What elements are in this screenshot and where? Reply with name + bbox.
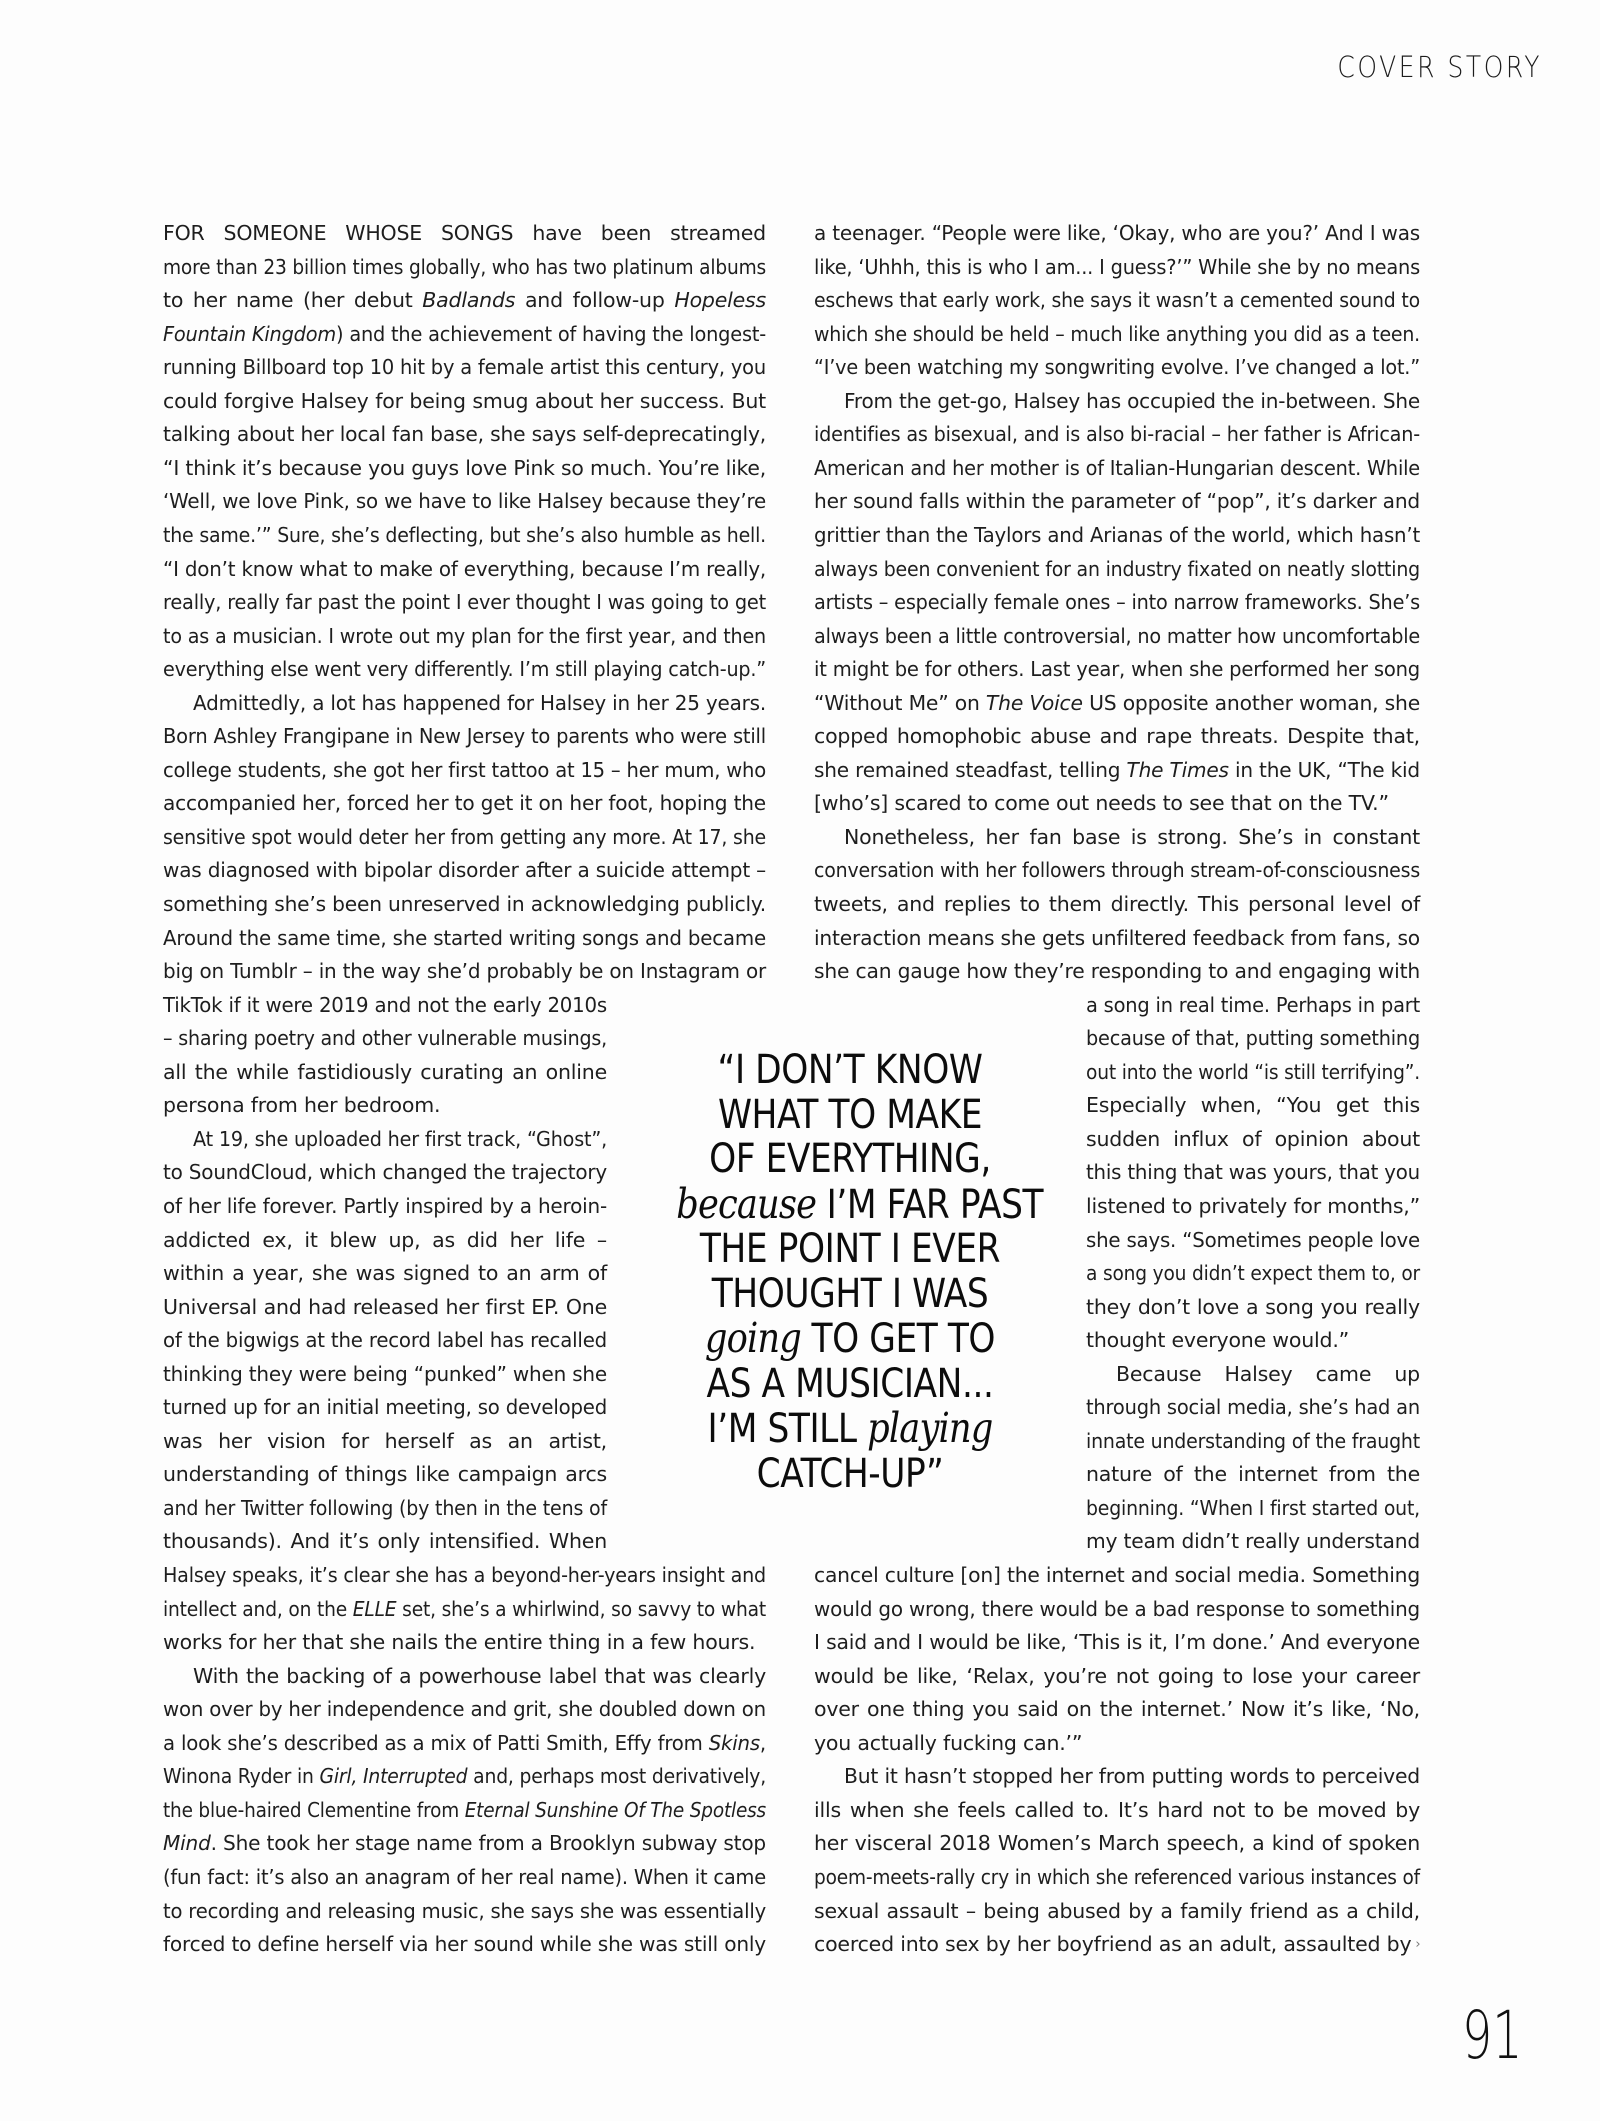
text-run: was diagnosed with bipolar disorder afte… [163,858,766,882]
pull-quote-text: I’M FAR PAST [816,1182,1043,1228]
text-run: would go wrong, there would be a bad res… [814,1597,1420,1621]
text-run: works for her that she nails the entire … [163,1630,755,1654]
text-run: she remained steadfast, telling [814,758,1127,782]
text-run: thought everyone would.” [1086,1328,1349,1352]
text-line: her sound falls within the parameter of … [814,484,1420,518]
text-run: talking about her local fan base, she sa… [163,422,766,446]
text-run: “Without Me” on [814,691,986,715]
text-line: through social media, she’s had an [1086,1390,1420,1424]
text-run: turned up for an initial meeting, so dev… [163,1395,607,1419]
text-run: within a year, she was signed to an arm … [163,1261,607,1285]
text-line: always been a little controversial, no m… [814,619,1420,653]
text-run: to her name (her debut [163,288,422,312]
text-line: “I’ve been watching my songwriting evolv… [814,350,1420,384]
text-line: But it hasn’t stopped her from putting w… [844,1759,1420,1793]
text-line: forced to define herself via her sound w… [163,1927,766,1961]
text-line: thought everyone would.” [1086,1323,1420,1357]
pull-quote-line: I’M STILL playing [676,1406,1023,1452]
text-line: more than 23 billion times globally, who… [163,250,766,284]
text-run: addicted ex, it blew up, as did her life… [163,1228,607,1252]
text-line: my team didn’t really understand [1086,1524,1420,1558]
text-run: ills when she feels called to. It’s hard… [814,1798,1420,1822]
text-run: she says. “Sometimes people love [1086,1228,1420,1252]
text-line: American and her mother is of Italian-Hu… [814,451,1420,485]
text-run: FOR SOMEONE WHOSE SONGS have been stream… [163,221,766,245]
pull-quote-text: I’M STILL [707,1406,867,1452]
text-run: Especially when, “You get this [1086,1093,1420,1117]
pull-quote-line: WHAT TO MAKE [676,1093,1023,1138]
text-line: Admittedly, a lot has happened for Halse… [193,686,766,720]
text-line: innate understanding of the fraught [1086,1424,1420,1458]
text-line: sudden influx of opinion about [1086,1122,1420,1156]
text-run: Halsey speaks, it’s clear she has a beyo… [163,1563,766,1587]
text-line: “I don’t know what to make of everything… [163,552,766,586]
italic-title: Skins [709,1731,760,1755]
italic-title: Hopeless [674,288,766,312]
text-run: poem-meets-rally cry in which she refere… [814,1865,1420,1889]
text-line: she can gauge how they’re responding to … [814,954,1420,988]
text-run: her visceral 2018 Women’s March speech, … [814,1831,1420,1855]
pull-quote-text: THE POINT I EVER [700,1226,1000,1272]
pull-quote-text: TO GET TO [801,1316,995,1362]
text-line: within a year, she was signed to an arm … [163,1256,607,1290]
text-run: all the while fastidiously curating an o… [163,1060,607,1084]
text-run: Universal and had released her first EP.… [163,1295,607,1319]
pull-quote-line: CATCH-UP” [676,1452,1023,1497]
text-line: would go wrong, there would be a bad res… [814,1592,1420,1626]
text-line: grittier than the Taylors and Arianas of… [814,518,1420,552]
text-line: ills when she feels called to. It’s hard… [814,1793,1420,1827]
text-run: listened to privately for months,” [1086,1194,1420,1218]
text-line: addicted ex, it blew up, as did her life… [163,1223,607,1257]
pull-quote-text: CATCH-UP” [757,1451,944,1497]
text-run: it might be for others. Last year, when … [814,657,1420,681]
text-run: was her vision for herself as an artist, [163,1429,607,1453]
pull-quote-line: “I DON’T KNOW [676,1048,1023,1093]
text-run: of the bigwigs at the record label has r… [163,1328,607,1352]
text-run: like, ‘Uhhh, this is who I am... I guess… [814,255,1420,279]
text-run: and follow-up [515,288,674,312]
text-line: – sharing poetry and other vulnerable mu… [163,1021,607,1055]
italic-title: Mind [163,1831,211,1855]
text-line: Fountain Kingdom) and the achievement of… [163,317,766,351]
text-line: coerced into sex by her boyfriend as an … [814,1927,1420,1961]
text-line: which she should be held – much like any… [814,317,1420,351]
text-line: I said and I would be like, ‘This is it,… [814,1625,1420,1659]
text-run: At 19, she uploaded her first track, “Gh… [193,1127,607,1151]
text-run: always been convenient for an industry f… [814,557,1420,581]
text-line: TikTok if it were 2019 and not the early… [163,988,607,1022]
text-run: (fun fact: it’s also an anagram of her r… [163,1865,766,1889]
text-run: college students, she got her first tatt… [163,758,766,782]
text-run: “I don’t know what to make of everything… [163,557,766,581]
text-line: From the get-go, Halsey has occupied the… [844,384,1420,418]
text-run: Around the same time, she started writin… [163,926,766,950]
text-run: my team didn’t really understand [1086,1529,1420,1553]
text-line: conversation with her followers through … [814,853,1420,887]
text-run: I said and I would be like, ‘This is it,… [814,1630,1420,1654]
text-run: Admittedly, a lot has happened for Halse… [193,691,766,715]
text-run: which she should be held – much like any… [814,322,1420,346]
text-line: Universal and had released her first EP.… [163,1290,607,1324]
text-run: to SoundCloud, which changed the traject… [163,1160,607,1184]
text-run: to as a musician. I wrote out my plan fo… [163,624,766,648]
italic-title: Badlands [422,288,515,312]
text-run: grittier than the Taylors and Arianas of… [814,523,1420,547]
text-run: ‘Well, we love Pink, so we have to like … [163,489,766,513]
text-line: and her Twitter following (by then in th… [163,1491,607,1525]
text-run: Nonetheless, her fan base is strong. She… [844,825,1420,849]
text-line: Especially when, “You get this [1086,1088,1420,1122]
text-line: could forgive Halsey for being smug abou… [163,384,766,418]
text-run: the same.’” Sure, she’s deflecting, but … [163,523,766,547]
text-line: would be like, ‘Relax, you’re not going … [814,1659,1420,1693]
text-line: works for her that she nails the entire … [163,1625,766,1659]
text-line: because of that, putting something [1086,1021,1420,1055]
text-run: But it hasn’t stopped her from putting w… [844,1764,1420,1788]
text-run: innate understanding of the fraught [1086,1429,1420,1453]
text-run: beginning. “When I first started out, [1086,1496,1420,1520]
text-line: understanding of things like campaign ar… [163,1457,607,1491]
text-line: everything else went very differently. I… [163,652,766,686]
text-line: intellect and, on the ELLE set, she’s a … [163,1592,766,1626]
text-line: out into the world “is still terrifying”… [1086,1055,1420,1089]
text-line: she remained steadfast, telling The Time… [814,753,1420,787]
text-line: Mind. She took her stage name from a Bro… [163,1826,766,1860]
text-line: artists – especially female ones – into … [814,585,1420,619]
text-run: she can gauge how they’re responding to … [814,959,1420,983]
text-run: because of that, putting something [1086,1026,1420,1050]
text-run: American and her mother is of Italian-Hu… [814,456,1420,480]
text-line: was diagnosed with bipolar disorder afte… [163,853,766,887]
text-run: and, perhaps most derivatively, [467,1764,766,1788]
text-run: thinking they were being “punked” when s… [163,1362,607,1386]
text-line: this thing that was yours, that you [1086,1155,1420,1189]
text-line: to recording and releasing music, she sa… [163,1894,766,1928]
text-run: through social media, she’s had an [1086,1395,1420,1419]
text-run: – sharing poetry and other vulnerable mu… [163,1026,607,1050]
text-run: a song you didn’t expect them to, or [1086,1261,1420,1285]
text-line: eschews that early work, she says it was… [814,283,1420,317]
pull-quote-line: AS A MUSICIAN... [676,1362,1023,1407]
text-line: of her life forever. Partly inspired by … [163,1189,607,1223]
italic-title: Eternal Sunshine Of The Spotless [465,1798,766,1822]
text-run: “I’ve been watching my songwriting evolv… [814,355,1420,379]
italic-title: Fountain Kingdom [163,322,336,346]
text-run: sudden influx of opinion about [1086,1127,1420,1151]
pull-quote-text: WHAT TO MAKE [718,1092,982,1138]
text-line: (fun fact: it’s also an anagram of her r… [163,1860,766,1894]
text-line: copped homophobic abuse and rape threats… [814,719,1420,753]
pull-quote-italic: playing [867,1404,992,1452]
text-line: of the bigwigs at the record label has r… [163,1323,607,1357]
text-line: sexual assault – being abused by a famil… [814,1894,1420,1928]
page-number: 91 [1462,2003,1522,2069]
text-run: more than 23 billion times globally, who… [163,255,766,279]
text-run: ) and the achievement of having the long… [336,322,766,346]
text-line: to her name (her debut Badlands and foll… [163,283,766,317]
pull-quote-italic: because [676,1180,816,1228]
text-run: copped homophobic abuse and rape threats… [814,724,1420,748]
text-run: understanding of things like campaign ar… [163,1462,607,1486]
text-line: “I think it’s because you guys love Pink… [163,451,766,485]
text-run: With the backing of a powerhouse label t… [193,1664,766,1688]
text-line: [who’s] scared to come out needs to see … [814,786,1420,820]
text-line: the blue-haired Clementine from Eternal … [163,1793,766,1827]
text-run: coerced into sex by her boyfriend as an … [814,1932,1411,1956]
pull-quote-text: OF EVERYTHING, [709,1136,991,1182]
text-line: ‘Well, we love Pink, so we have to like … [163,484,766,518]
text-line: cancel culture [on] the internet and soc… [814,1558,1420,1592]
pull-quote-line: going TO GET TO [676,1316,1023,1362]
text-line: her visceral 2018 Women’s March speech, … [814,1826,1420,1860]
pull-quote-italic: going [705,1314,801,1362]
text-run: and her Twitter following (by then in th… [163,1496,607,1520]
text-line: it might be for others. Last year, when … [814,652,1420,686]
text-line: Halsey speaks, it’s clear she has a beyo… [163,1558,766,1592]
text-run: eschews that early work, she says it was… [814,288,1420,312]
text-run: Born Ashley Frangipane in New Jersey to … [163,724,766,748]
text-line: nature of the internet from the [1086,1457,1420,1491]
text-run: in the UK, “The kid [1229,758,1420,782]
text-run: a teenager. “People were like, ‘Okay, wh… [814,221,1420,245]
text-run: always been a little controversial, no m… [814,624,1420,648]
text-line: poem-meets-rally cry in which she refere… [814,1860,1420,1894]
pull-quote-line: THOUGHT I WAS [676,1272,1023,1317]
text-line: tweets, and replies to them directly. Th… [814,887,1420,921]
text-line: a song you didn’t expect them to, or [1086,1256,1420,1290]
continued-arrow-icon: › [1415,1937,1420,1952]
text-run: running Billboard top 10 hit by a female… [163,355,766,379]
text-line: accompanied her, forced her to get it on… [163,786,766,820]
text-line: thousands). And it’s only intensified. W… [163,1524,607,1558]
text-line: a look she’s described as a mix of Patti… [163,1726,766,1760]
italic-title: Girl, Interrupted [319,1764,467,1788]
text-line: Winona Ryder in Girl, Interrupted and, p… [163,1759,766,1793]
text-line: a teenager. “People were like, ‘Okay, wh… [814,216,1420,250]
text-run: From the get-go, Halsey has occupied the… [844,389,1420,413]
text-run: TikTok if it were 2019 and not the early… [163,993,607,1017]
pull-quote-text: “I DON’T KNOW [718,1047,983,1093]
text-line: was her vision for herself as an artist, [163,1424,607,1458]
text-run: “I think it’s because you guys love Pink… [163,456,766,480]
text-line: to as a musician. I wrote out my plan fo… [163,619,766,653]
text-line: always been convenient for an industry f… [814,552,1420,586]
text-line: Around the same time, she started writin… [163,921,766,955]
text-run: everything else went very differently. I… [163,657,766,681]
text-run: , [760,1731,766,1755]
text-run: this thing that was yours, that you [1086,1160,1420,1184]
text-run: you actually fucking can.’” [814,1731,1082,1755]
text-line: really, really far past the point I ever… [163,585,766,619]
text-run: they don’t love a song you really [1086,1295,1420,1319]
text-line: she says. “Sometimes people love [1086,1223,1420,1257]
text-run: forced to define herself via her sound w… [163,1932,766,1956]
text-run: . She took her stage name from a Brookly… [211,1831,766,1855]
text-line: Nonetheless, her fan base is strong. She… [844,820,1420,854]
text-run: sensitive spot would deter her from gett… [163,825,766,849]
text-run: accompanied her, forced her to get it on… [163,791,766,815]
text-run: over one thing you said on the internet.… [814,1697,1420,1721]
text-run: intellect and, on the [163,1597,353,1621]
text-run: to recording and releasing music, she sa… [163,1899,766,1923]
text-line: over one thing you said on the internet.… [814,1692,1420,1726]
text-line: listened to privately for months,” [1086,1189,1420,1223]
pull-quote-text: THOUGHT I WAS [712,1271,989,1317]
text-run: big on Tumblr – in the way she’d probabl… [163,959,766,983]
text-line: like, ‘Uhhh, this is who I am... I guess… [814,250,1420,284]
text-run: nature of the internet from the [1086,1462,1420,1486]
italic-title: The Voice [986,691,1083,715]
text-run: really, really far past the point I ever… [163,590,766,614]
text-run: a look she’s described as a mix of Patti… [163,1731,709,1755]
text-line: persona from her bedroom. [163,1088,607,1122]
text-run: tweets, and replies to them directly. Th… [814,892,1420,916]
italic-title: ELLE [353,1597,397,1621]
text-run: US opposite another woman, she [1083,691,1420,715]
text-run: would be like, ‘Relax, you’re not going … [814,1664,1420,1688]
text-run: sexual assault – being abused by a famil… [814,1899,1420,1923]
text-run: interaction means she gets unfiltered fe… [814,926,1420,950]
text-run: her sound falls within the parameter of … [814,489,1420,513]
text-line: to SoundCloud, which changed the traject… [163,1155,607,1189]
text-run: a song in real time. Perhaps in part [1086,993,1420,1017]
pull-quote-line: OF EVERYTHING, [676,1137,1023,1182]
text-line: won over by her independence and grit, s… [163,1692,766,1726]
text-line: a song in real time. Perhaps in part [1086,988,1420,1022]
text-line: you actually fucking can.’” [814,1726,1420,1760]
text-line: Because Halsey came up [1116,1357,1420,1391]
text-run: could forgive Halsey for being smug abou… [163,389,766,413]
text-line: all the while fastidiously curating an o… [163,1055,607,1089]
pull-quote: “I DON’T KNOWWHAT TO MAKEOF EVERYTHING,b… [648,1048,1052,1496]
text-line: the same.’” Sure, she’s deflecting, but … [163,518,766,552]
text-line: college students, she got her first tatt… [163,753,766,787]
text-line: With the backing of a powerhouse label t… [193,1659,766,1693]
text-line: big on Tumblr – in the way she’d probabl… [163,954,766,988]
text-run: something she’s been unreserved in ackno… [163,892,766,916]
pull-quote-line: THE POINT I EVER [676,1227,1023,1272]
text-run: thousands). And it’s only intensified. W… [163,1529,607,1553]
italic-title: The Times [1127,758,1229,782]
text-line: interaction means she gets unfiltered fe… [814,921,1420,955]
text-line: they don’t love a song you really [1086,1290,1420,1324]
text-run: of her life forever. Partly inspired by … [163,1194,607,1218]
text-run: persona from her bedroom. [163,1093,440,1117]
section-label: COVER STORY [1337,50,1542,84]
text-line: something she’s been unreserved in ackno… [163,887,766,921]
text-run: identifies as bisexual, and is also bi-r… [814,422,1420,446]
text-line: identifies as bisexual, and is also bi-r… [814,417,1420,451]
text-run: conversation with her followers through … [814,858,1420,882]
pull-quote-text: AS A MUSICIAN... [707,1361,994,1407]
text-run: [who’s] scared to come out needs to see … [814,791,1389,815]
text-line: Born Ashley Frangipane in New Jersey to … [163,719,766,753]
text-line: thinking they were being “punked” when s… [163,1357,607,1391]
text-line: At 19, she uploaded her first track, “Gh… [193,1122,607,1156]
text-line: “Without Me” on The Voice US opposite an… [814,686,1420,720]
text-run: cancel culture [on] the internet and soc… [814,1563,1420,1587]
text-run: Because Halsey came up [1116,1362,1420,1386]
text-run: set, she’s a whirlwind, so savvy to what [396,1597,766,1621]
text-line: sensitive spot would deter her from gett… [163,820,766,854]
text-line: beginning. “When I first started out, [1086,1491,1420,1525]
text-line: FOR SOMEONE WHOSE SONGS have been stream… [163,216,766,250]
text-run: won over by her independence and grit, s… [163,1697,766,1721]
text-line: talking about her local fan base, she sa… [163,417,766,451]
text-run: Winona Ryder in [163,1764,319,1788]
text-line: running Billboard top 10 hit by a female… [163,350,766,384]
text-run: the blue-haired Clementine from [163,1798,465,1822]
pull-quote-line: because I’M FAR PAST [676,1182,1023,1228]
text-run: artists – especially female ones – into … [814,590,1420,614]
text-line: turned up for an initial meeting, so dev… [163,1390,607,1424]
text-run: out into the world “is still terrifying”… [1086,1060,1420,1084]
